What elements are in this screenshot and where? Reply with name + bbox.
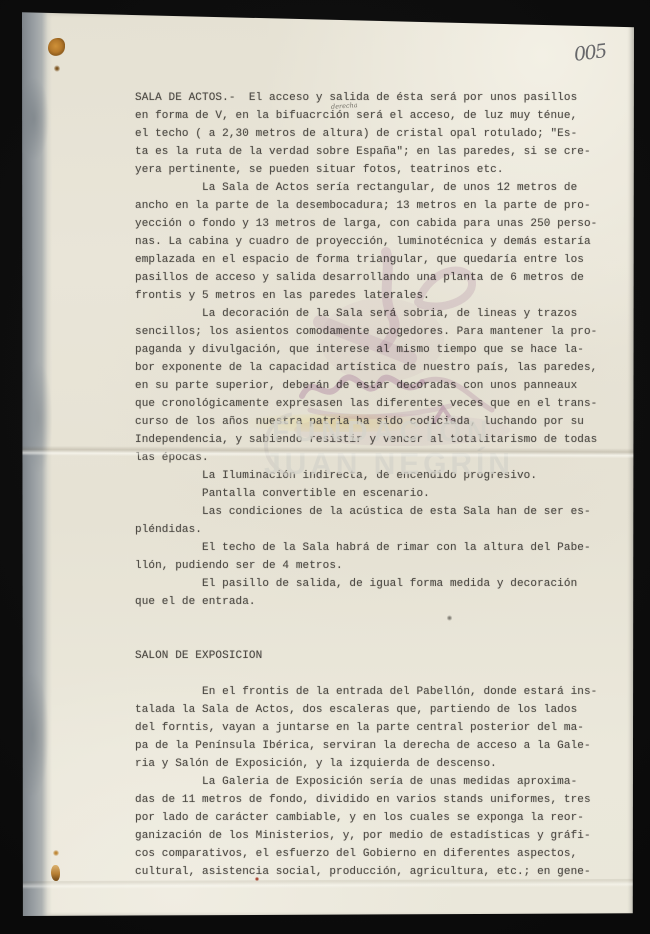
typewritten-line: Las condiciones de la acústica de esta S…	[135, 506, 615, 524]
typewritten-line: ta es la ruta de la verdad sobre España"…	[135, 146, 615, 164]
typewritten-line: Pantalla convertible en escenario.	[135, 488, 615, 506]
typewritten-line: La Sala de Actos sería rectangular, de u…	[135, 182, 615, 200]
paper: 005 SALA DE ACTOS.- El acceso y salida d…	[22, 10, 634, 916]
typewritten-line: cultural, asistencia social, producción,…	[135, 866, 615, 884]
scan-background: 005 SALA DE ACTOS.- El acceso y salida d…	[0, 0, 650, 934]
typewritten-line	[135, 614, 615, 632]
typewritten-line: En el frontis de la entrada del Pabellón…	[135, 686, 615, 704]
typewritten-line: del forntis, vayan a juntarse en la part…	[135, 722, 615, 740]
page-number: 005	[573, 40, 607, 66]
typewritten-line: La Iluminación indirecta, de encendido p…	[135, 470, 615, 488]
paper-left-edge	[22, 10, 52, 916]
typewritten-line: ganización de los Ministerios, y, por me…	[135, 830, 615, 848]
typewritten-line: llón, pudiendo ser de 4 metros.	[135, 560, 615, 578]
typewritten-line: das de 11 metros de fondo, dividido en v…	[135, 794, 615, 812]
typewritten-line: por lado de carácter cambiable, y en los…	[135, 812, 615, 830]
typewritten-line	[135, 632, 615, 650]
rust-stain-bottom-dot	[53, 850, 59, 856]
typewritten-line: El pasillo de salida, de igual forma med…	[135, 578, 615, 596]
typewritten-line: talada la Sala de Actos, dos escaleras q…	[135, 704, 615, 722]
typewritten-line: el techo ( a 2,30 metros de altura) de c…	[135, 128, 615, 146]
typewritten-line: pa de la Península Ibérica, serviran la …	[135, 740, 615, 758]
typewritten-line: La Galeria de Exposición sería de unas m…	[135, 776, 615, 794]
typewritten-line: ancho en la parte de la desembocadura; 1…	[135, 200, 615, 218]
typewritten-line	[135, 668, 615, 686]
typewritten-line: que el de entrada.	[135, 596, 615, 614]
rust-stain-large	[48, 38, 65, 56]
typewritten-line: cos comparativos, el esfuerzo del Gobier…	[135, 848, 615, 866]
purple-signature-stamp	[260, 235, 520, 465]
typewritten-line: pléndidas.	[135, 524, 615, 542]
typewritten-line: SALON DE EXPOSICION	[135, 650, 615, 668]
typewritten-line: SALA DE ACTOS.- El acceso y salida de és…	[135, 92, 615, 110]
typewritten-line: yera pertinente, se pueden situar fotos,…	[135, 164, 615, 182]
rust-stain-bottom-mark	[51, 865, 60, 881]
rust-stain-small	[54, 65, 60, 72]
document-text: SALA DE ACTOS.- El acceso y salida de és…	[135, 92, 615, 884]
typewritten-line: yección o fondo y 13 metros de larga, co…	[135, 218, 615, 236]
typewritten-line: ria y Salón de Exposición, y la izquierd…	[135, 758, 615, 776]
typewritten-line: en forma de V, en la bifuacrción será el…	[135, 110, 615, 128]
typewritten-line: El techo de la Sala habrá de rimar con l…	[135, 542, 615, 560]
